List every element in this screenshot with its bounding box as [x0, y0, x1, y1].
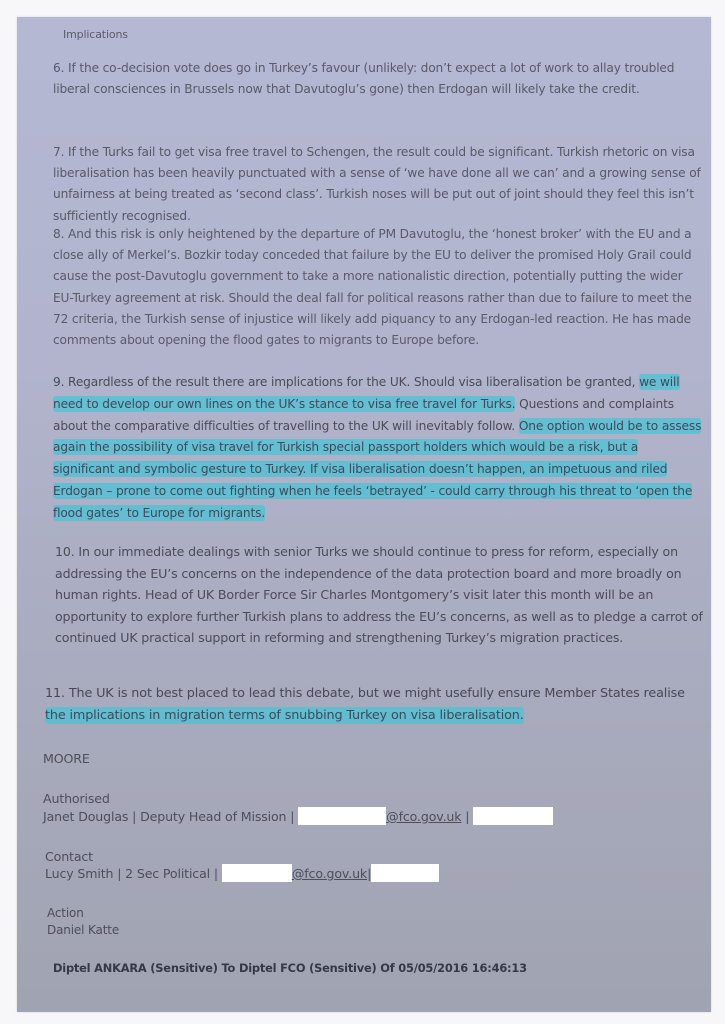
- paragraph-11-text-a: 11. The UK is not best placed to lead th…: [45, 686, 685, 701]
- contact-line: Lucy Smith | 2 Sec Political | @fco.gov.…: [45, 863, 439, 884]
- redaction-box: [473, 807, 553, 825]
- redaction-box: [371, 864, 439, 882]
- paragraph-10: 10. In our immediate dealings with senio…: [55, 541, 705, 649]
- action-name: Daniel Katte: [47, 920, 119, 941]
- highlighted-text: the implications in migration terms of s…: [45, 707, 524, 724]
- highlighted-text: One option would be to assess again the …: [53, 418, 701, 521]
- authorised-name-role: Janet Douglas | Deputy Head of Mission |: [43, 809, 298, 824]
- section-heading: Implications: [63, 24, 128, 45]
- contact-email-link[interactable]: @fco.gov.uk: [292, 866, 367, 881]
- signature: MOORE: [43, 748, 90, 769]
- separator: |: [461, 809, 473, 824]
- paragraph-6: 6. If the co-decision vote does go in Tu…: [53, 58, 703, 100]
- scanned-page: Implications 6. If the co-decision vote …: [17, 17, 711, 1012]
- paragraph-9-text-a: 9. Regardless of the result there are im…: [53, 375, 639, 389]
- paragraph-11: 11. The UK is not best placed to lead th…: [45, 683, 695, 726]
- paragraph-7: 7. If the Turks fail to get visa free tr…: [53, 142, 703, 227]
- paragraph-9: 9. Regardless of the result there are im…: [53, 372, 703, 525]
- authorised-email-link[interactable]: @fco.gov.uk: [386, 809, 461, 824]
- contact-name-role: Lucy Smith | 2 Sec Political |: [45, 866, 222, 881]
- redaction-box: [222, 864, 292, 882]
- redaction-box: [298, 807, 386, 825]
- telegram-footer: Diptel ANKARA (Sensitive) To Diptel FCO …: [53, 958, 527, 979]
- document-body: Implications 6. If the co-decision vote …: [17, 17, 711, 1012]
- paragraph-8: 8. And this risk is only heightened by t…: [53, 224, 703, 351]
- authorised-line: Janet Douglas | Deputy Head of Mission |…: [43, 806, 553, 827]
